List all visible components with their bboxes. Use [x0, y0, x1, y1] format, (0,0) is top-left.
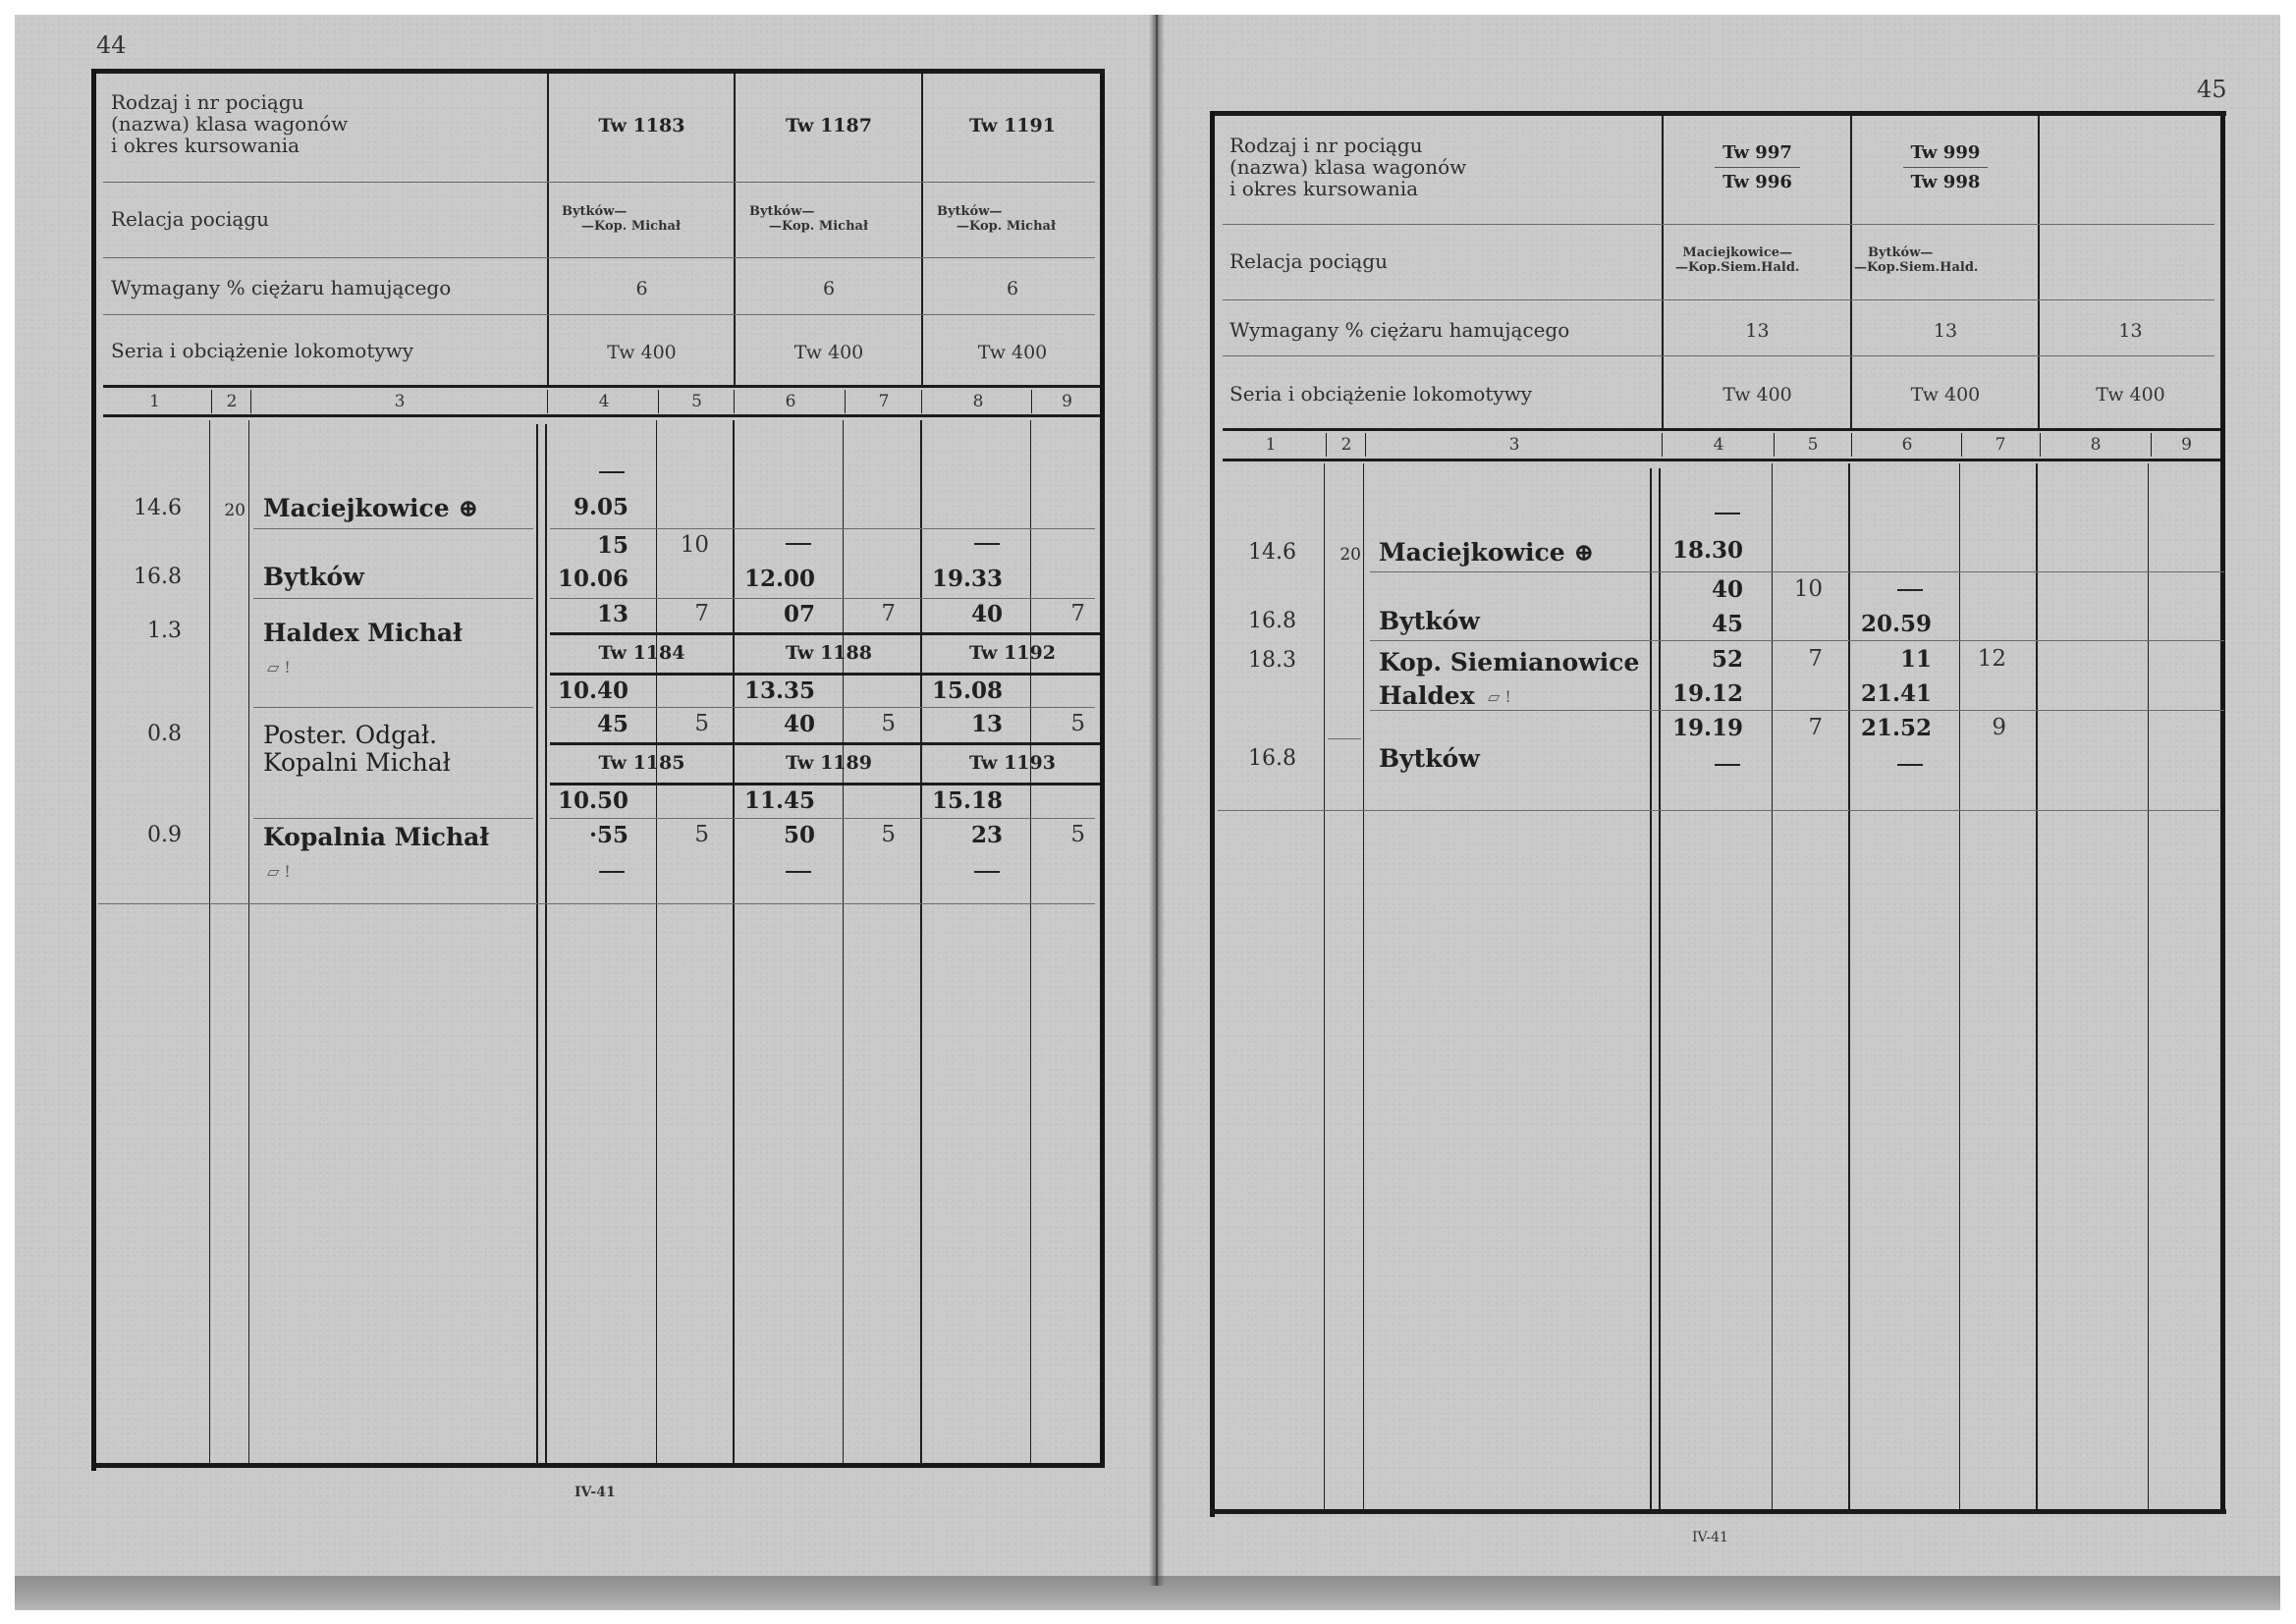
siding-symbol-icon: ▱ ! [1488, 679, 1511, 708]
time-cell: 50 [737, 822, 815, 848]
time-cell: 19.33 [924, 566, 1003, 592]
stop-minutes: 12 [1963, 646, 2006, 672]
time-cell: 20.59 [1853, 611, 1932, 637]
right-table-left-border [1210, 111, 1215, 1517]
hdr-divider [921, 74, 923, 386]
column-number: 1 [98, 392, 211, 411]
train-relation: Bytków——Kop.Siem.Hald. [1854, 245, 1978, 275]
stop-minutes: 5 [660, 822, 709, 847]
km-value: 16.8 [98, 565, 182, 589]
row-rule [253, 528, 533, 529]
right-table-top-border [1210, 111, 2226, 116]
time-cell: 9.05 [550, 494, 629, 520]
train-number-pair: Tw 997 Tw 996 [1665, 142, 1850, 192]
row-rule [253, 707, 533, 708]
row-rule [253, 818, 533, 819]
time-cell: 10.50 [550, 787, 629, 814]
station-name: Bytków [263, 563, 364, 591]
scan-bottom-shadow [15, 1576, 2280, 1610]
dash-mark [1715, 764, 1740, 766]
time-cell: 18.30 [1665, 537, 1743, 564]
brake-percent: 13 [1853, 320, 2038, 342]
body-divider [1324, 463, 1325, 1509]
stop-minutes: 5 [847, 711, 896, 736]
colnum-divider [211, 390, 212, 413]
row-rule [253, 598, 533, 599]
time-cell: 10.40 [550, 677, 629, 704]
body-divider [545, 424, 547, 1463]
station-name: Kopalnia Michał [263, 823, 489, 851]
hdr-divider [1662, 116, 1664, 428]
column-number: 9 [1034, 392, 1100, 411]
colnum-divider [250, 390, 251, 413]
column-number: 4 [550, 392, 658, 411]
stop-minutes: 5 [660, 711, 709, 736]
page-footer-right: IV-41 [1692, 1530, 1728, 1545]
return-train-number: Tw 1193 [924, 752, 1101, 774]
relation-divider [1850, 253, 1851, 287]
right-table-bottom-border [1210, 1509, 2226, 1514]
body-divider [1363, 463, 1364, 1509]
column-number: 2 [1328, 435, 1365, 455]
time-cell: 40 [1665, 576, 1743, 603]
book-gutter-fold [1149, 15, 1165, 1586]
stop-minutes: 7 [660, 601, 709, 626]
label-brake-weight: Wymagany % ciężaru hamującego [111, 277, 451, 298]
km-value: 16.8 [1218, 609, 1296, 633]
body-divider [1030, 420, 1031, 1463]
locomotive-series: Tw 400 [2041, 384, 2220, 406]
return-train-number: Tw 1185 [550, 752, 734, 774]
km-value: 14.6 [98, 496, 182, 520]
train-number-pair: Tw 999 Tw 998 [1853, 142, 2038, 192]
page-number-left: 44 [96, 31, 127, 59]
train-number: Tw 1191 [924, 115, 1101, 136]
train-separator [550, 783, 1100, 785]
hdr-divider [547, 74, 549, 386]
row-rule [1370, 571, 2224, 572]
body-divider [248, 420, 249, 1463]
km-value: 14.6 [1218, 540, 1296, 565]
dash-mark [1897, 589, 1923, 591]
colnum-divider [1774, 433, 1775, 457]
station-name: Maciejkowice ⊕ [1379, 538, 1594, 567]
km-value: 18.3 [1218, 648, 1296, 673]
stop-minutes: 5 [1034, 822, 1085, 847]
hdr-rule-thick [1223, 428, 2220, 431]
dash-mark [1897, 764, 1923, 766]
body-divider [843, 420, 844, 1463]
locomotive-series: Tw 400 [1853, 384, 2038, 406]
colnum-divider [2040, 433, 2041, 457]
row-rule [550, 818, 1095, 819]
stop-minutes: 10 [660, 532, 709, 558]
time-cell: 15.08 [924, 677, 1003, 704]
label-train-type: Rodzaj i nr pociągu (nazwa) klasa wagonó… [1230, 135, 1466, 199]
km-value: 16.8 [1218, 746, 1296, 771]
time-cell: ·55 [550, 822, 629, 848]
dash-mark [599, 871, 625, 873]
label-train-type: Rodzaj i nr pociągu (nazwa) klasa wagonó… [111, 91, 348, 156]
label-relation: Relacja pociągu [111, 208, 269, 230]
hdr-rule [1223, 224, 2214, 225]
train-separator [550, 673, 1100, 676]
dash-mark [974, 543, 1000, 545]
time-cell: 11.45 [737, 787, 815, 814]
body-divider [2036, 463, 2038, 1509]
train-separator [550, 742, 1100, 745]
train-relation: Bytków——Kop. Michał [562, 204, 681, 234]
colnum-divider [845, 390, 846, 413]
junction-symbol-icon: ⊕ [1573, 538, 1594, 567]
row-rule [550, 528, 1095, 529]
return-train-number: Tw 1184 [550, 642, 734, 664]
time-cell: 45 [550, 711, 629, 737]
hdr-rule [1223, 355, 2214, 356]
time-cell: 15.18 [924, 787, 1003, 814]
km-value: 0.8 [98, 722, 182, 746]
column-number: 8 [924, 392, 1032, 411]
colnum-divider [2151, 433, 2152, 457]
body-divider [209, 420, 210, 1463]
page-number-right: 45 [2197, 76, 2227, 103]
time-cell: 19.19 [1665, 715, 1743, 741]
train-number-outbound: Tw 997 [1715, 142, 1800, 168]
colnum-divider [1851, 433, 1852, 457]
column-number: 7 [1963, 435, 2038, 455]
time-cell: 21.41 [1853, 680, 1932, 707]
row-rule [98, 903, 1095, 904]
column-number: 5 [1776, 435, 1850, 455]
column-number: 1 [1218, 435, 1324, 455]
column-number: 3 [1367, 435, 1662, 455]
dash-mark [786, 543, 811, 545]
body-divider [920, 420, 922, 1463]
km-value: 0.9 [98, 823, 182, 847]
stop-minutes: 7 [1776, 715, 1823, 740]
km-value: 1.3 [98, 619, 182, 643]
colnum-divider [1326, 433, 1327, 457]
left-table-left-border [91, 69, 96, 1471]
label-locomotive: Seria i obciążenie lokomotywy [1230, 383, 1532, 405]
row-rule [1328, 738, 1361, 739]
body-divider [2148, 463, 2149, 1509]
column-number: 6 [1853, 435, 1961, 455]
page-footer-left: IV-41 [574, 1485, 616, 1500]
return-train-number: Tw 1189 [737, 752, 921, 774]
time-cell: 12.00 [737, 566, 815, 592]
station-name: Bytków [1379, 744, 1480, 773]
train-number-return: Tw 998 [1911, 168, 1981, 192]
brake-percent: 6 [924, 278, 1101, 299]
siding-symbol-icon: ▱ ! [267, 854, 291, 883]
colnum-rule-thick [103, 414, 1100, 417]
time-cell: 45 [1665, 611, 1743, 637]
train-number-return: Tw 996 [1722, 168, 1792, 192]
column-number: 4 [1665, 435, 1773, 455]
dash-mark [786, 871, 811, 873]
time-cell: 15 [550, 532, 629, 559]
stop-minutes: 7 [847, 601, 896, 626]
locomotive-series: Tw 400 [924, 342, 1101, 363]
row-rule [1370, 640, 2224, 641]
station-name: Maciejkowice ⊕ [263, 494, 478, 522]
dash-mark [974, 871, 1000, 873]
locomotive-series: Tw 400 [550, 342, 734, 363]
train-number: Tw 1183 [550, 115, 734, 136]
hdr-rule [103, 182, 1095, 183]
time-cell: 21.52 [1853, 715, 1932, 741]
body-divider [1772, 463, 1773, 1509]
station-name: Haldex Michał [263, 619, 463, 647]
colnum-divider [658, 390, 659, 413]
row-rule [550, 598, 1095, 599]
brake-percent: 13 [2041, 320, 2220, 342]
train-relation: Maciejkowice——Kop.Siem.Hald. [1675, 245, 1799, 275]
column-number: 2 [213, 392, 250, 411]
time-cell: 11 [1853, 646, 1932, 673]
left-table-bottom-border [91, 1463, 1105, 1468]
train-number-outbound: Tw 999 [1903, 142, 1989, 168]
stop-minutes: 10 [1776, 576, 1823, 602]
time-cell: 13 [924, 711, 1003, 737]
body-divider [536, 424, 538, 1463]
train-relation: Bytków——Kop. Michał [937, 204, 1056, 234]
colnum-rule-thick [1223, 459, 2220, 461]
train-relation: Bytków——Kop. Michał [749, 204, 868, 234]
colnum-divider [547, 390, 548, 413]
return-train-number: Tw 1188 [737, 642, 921, 664]
colnum-divider [1031, 390, 1032, 413]
body-divider [1659, 468, 1661, 1509]
row-rule [1218, 810, 2219, 811]
hdr-divider [2038, 116, 2040, 428]
colnum-divider [1365, 433, 1366, 457]
hdr-divider [734, 74, 736, 386]
train-number: Tw 1187 [737, 115, 921, 136]
locomotive-series: Tw 400 [737, 342, 921, 363]
time-cell: 19.12 [1665, 680, 1743, 707]
speed-value: 20 [1328, 545, 1361, 565]
column-number: 8 [2041, 435, 2151, 455]
body-divider [733, 420, 735, 1463]
dash-mark [1715, 513, 1740, 514]
column-number: 5 [660, 392, 734, 411]
time-cell: 07 [737, 601, 815, 627]
colnum-divider [734, 390, 735, 413]
locomotive-series: Tw 400 [1665, 384, 1850, 406]
row-rule [550, 707, 1095, 708]
colnum-divider [1662, 433, 1663, 457]
stop-minutes: 7 [1776, 646, 1823, 672]
body-divider [1959, 463, 1960, 1509]
body-divider [1848, 463, 1850, 1509]
column-number: 7 [847, 392, 921, 411]
left-table-top-border [91, 69, 1105, 74]
speed-value: 20 [211, 501, 246, 520]
time-cell: 23 [924, 822, 1003, 848]
body-divider [1650, 468, 1652, 1509]
stop-minutes: 5 [847, 822, 896, 847]
hdr-rule [1223, 299, 2214, 300]
station-name: Bytków [1379, 607, 1480, 635]
time-cell: 13.35 [737, 677, 815, 704]
stop-minutes: 9 [1963, 715, 2006, 740]
return-train-number: Tw 1192 [924, 642, 1101, 664]
column-number: 6 [737, 392, 845, 411]
colnum-divider [921, 390, 922, 413]
hdr-rule [103, 314, 1095, 315]
right-table-right-border [2220, 116, 2225, 1510]
hdr-rule [103, 257, 1095, 258]
column-number: 9 [2153, 435, 2220, 455]
time-cell: 40 [737, 711, 815, 737]
time-cell: 13 [550, 601, 629, 627]
train-separator [550, 632, 1100, 635]
brake-percent: 13 [1665, 320, 1850, 342]
hdr-rule-thick [103, 385, 1100, 388]
label-relation: Relacja pociągu [1230, 250, 1388, 272]
dash-mark [599, 471, 625, 473]
junction-symbol-icon: ⊕ [458, 494, 478, 522]
colnum-divider [1961, 433, 1962, 457]
time-cell: 10.06 [550, 566, 629, 592]
time-cell: 40 [924, 601, 1003, 627]
stop-minutes: 5 [1034, 711, 1085, 736]
label-brake-weight: Wymagany % ciężaru hamującego [1230, 319, 1569, 341]
brake-percent: 6 [737, 278, 921, 299]
body-divider [656, 420, 657, 1463]
label-locomotive: Seria i obciążenie lokomotywy [111, 340, 413, 361]
column-number: 3 [252, 392, 547, 411]
brake-percent: 6 [550, 278, 734, 299]
siding-symbol-icon: ▱ ! [267, 650, 291, 678]
time-cell: 52 [1665, 646, 1743, 673]
station-name: Poster. Odgał. Kopalni Michał [263, 722, 451, 777]
stop-minutes: 7 [1034, 601, 1085, 626]
